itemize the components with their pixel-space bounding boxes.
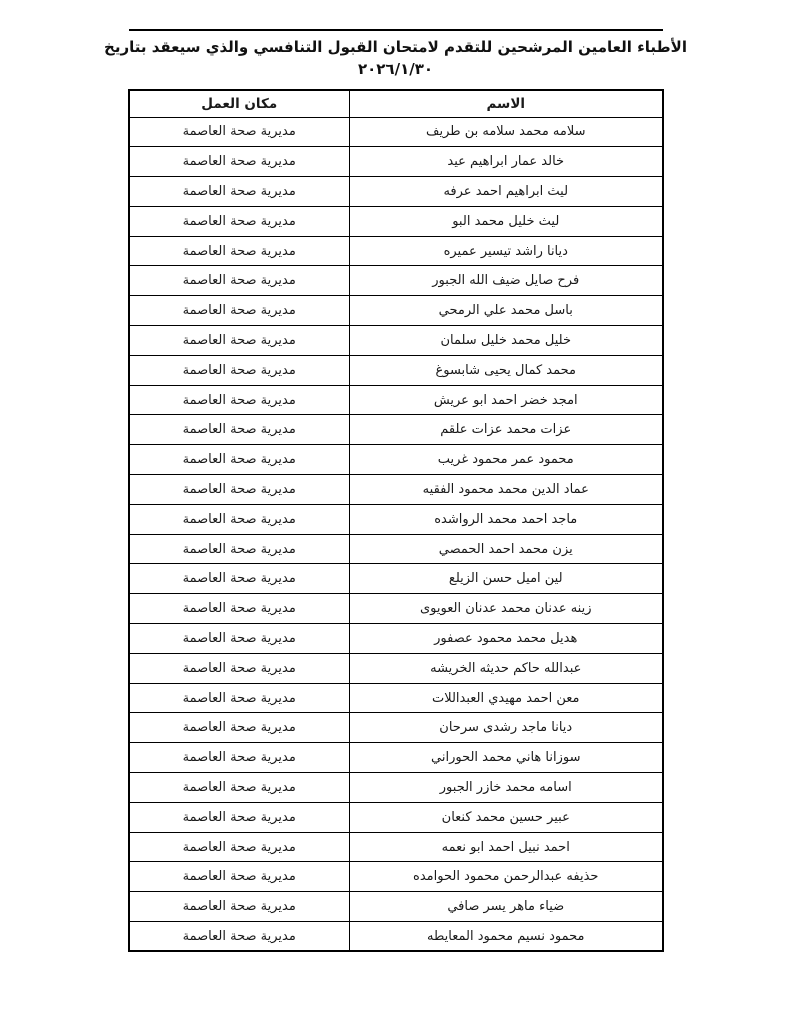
workplace-cell: مديرية صحة العاصمة: [129, 534, 350, 564]
table-row: اسامه محمد خازر الجبورمديرية صحة العاصمة: [129, 773, 663, 803]
table-row: ديانا راشد تيسير عميرهمديرية صحة العاصمة: [129, 236, 663, 266]
candidate-name: يزن محمد احمد الحمصي: [350, 534, 663, 564]
candidate-name: ماجد احمد محمد الرواشده: [350, 504, 663, 534]
table-row: امجد خضر احمد ابو عريشمديرية صحة العاصمة: [129, 385, 663, 415]
candidate-name: باسل محمد علي الرمحي: [350, 296, 663, 326]
table-row: ليث خليل محمد البومديرية صحة العاصمة: [129, 206, 663, 236]
candidate-name: امجد خضر احمد ابو عريش: [350, 385, 663, 415]
candidate-name: عبير حسين محمد كنعان: [350, 802, 663, 832]
candidate-name: ديانا ماجد رشدى سرحان: [350, 713, 663, 743]
candidate-name: اسامه محمد خازر الجبور: [350, 773, 663, 803]
table-row: لين اميل حسن الزيلعمديرية صحة العاصمة: [129, 564, 663, 594]
candidate-name: فرح صايل ضيف الله الجبور: [350, 266, 663, 296]
workplace-cell: مديرية صحة العاصمة: [129, 296, 350, 326]
table-row: ماجد احمد محمد الرواشدهمديرية صحة العاصم…: [129, 504, 663, 534]
workplace-cell: مديرية صحة العاصمة: [129, 355, 350, 385]
workplace-cell: مديرية صحة العاصمة: [129, 564, 350, 594]
workplace-cell: مديرية صحة العاصمة: [129, 892, 350, 922]
workplace-cell: مديرية صحة العاصمة: [129, 385, 350, 415]
table-row: عبير حسين محمد كنعانمديرية صحة العاصمة: [129, 802, 663, 832]
workplace-cell: مديرية صحة العاصمة: [129, 624, 350, 654]
workplace-cell: مديرية صحة العاصمة: [129, 117, 350, 147]
candidate-name: عماد الدين محمد محمود الفقيه: [350, 475, 663, 505]
header-row: الاسم مكان العمل: [129, 90, 663, 117]
candidate-name: زينه عدنان محمد عدنان العويوى: [350, 594, 663, 624]
table-row: احمد نبيل احمد ابو نعمهمديرية صحة العاصم…: [129, 832, 663, 862]
document-title: الأطباء العامين المرشحين للتقدم لامتحان …: [86, 36, 706, 80]
candidate-name: ليث خليل محمد البو: [350, 206, 663, 236]
candidate-name: ليث ابراهيم احمد عرفه: [350, 177, 663, 207]
workplace-cell: مديرية صحة العاصمة: [129, 713, 350, 743]
workplace-cell: مديرية صحة العاصمة: [129, 922, 350, 952]
workplace-cell: مديرية صحة العاصمة: [129, 236, 350, 266]
table-row: عزات محمد عزات علقممديرية صحة العاصمة: [129, 415, 663, 445]
candidate-name: محمود عمر محمود غريب: [350, 445, 663, 475]
table-row: عماد الدين محمد محمود الفقيهمديرية صحة ا…: [129, 475, 663, 505]
table-row: حذيفه عبدالرحمن محمود الحوامدهمديرية صحة…: [129, 862, 663, 892]
table-row: محمد كمال يحيى شابسوغمديرية صحة العاصمة: [129, 355, 663, 385]
candidate-name: ديانا راشد تيسير عميره: [350, 236, 663, 266]
column-header-workplace: مكان العمل: [129, 90, 350, 117]
candidate-name: لين اميل حسن الزيلع: [350, 564, 663, 594]
candidate-name: معن احمد مهيدي العبداللات: [350, 683, 663, 713]
table-row: باسل محمد علي الرمحيمديرية صحة العاصمة: [129, 296, 663, 326]
table-row: خالد عمار ابراهيم عيدمديرية صحة العاصمة: [129, 147, 663, 177]
candidate-name: سلامه محمد سلامه بن طريف: [350, 117, 663, 147]
workplace-cell: مديرية صحة العاصمة: [129, 475, 350, 505]
workplace-cell: مديرية صحة العاصمة: [129, 504, 350, 534]
candidate-name: سوزانا هاني محمد الحوراني: [350, 743, 663, 773]
table-row: سلامه محمد سلامه بن طريفمديرية صحة العاص…: [129, 117, 663, 147]
workplace-cell: مديرية صحة العاصمة: [129, 594, 350, 624]
table-row: فرح صايل ضيف الله الجبورمديرية صحة العاص…: [129, 266, 663, 296]
table-body: سلامه محمد سلامه بن طريفمديرية صحة العاص…: [129, 117, 663, 951]
title-text: الأطباء العامين المرشحين للتقدم لامتحان …: [86, 36, 706, 58]
workplace-cell: مديرية صحة العاصمة: [129, 326, 350, 356]
workplace-cell: مديرية صحة العاصمة: [129, 802, 350, 832]
workplace-cell: مديرية صحة العاصمة: [129, 445, 350, 475]
table-row: ضياء ماهر يسر صافيمديرية صحة العاصمة: [129, 892, 663, 922]
workplace-cell: مديرية صحة العاصمة: [129, 177, 350, 207]
table-row: يزن محمد احمد الحمصيمديرية صحة العاصمة: [129, 534, 663, 564]
exam-date: ٢٠٢٦/١/٣٠: [86, 58, 706, 80]
candidates-table: الاسم مكان العمل سلامه محمد سلامه بن طري…: [128, 89, 664, 952]
table-row: محمود نسيم محمود المعايطهمديرية صحة العا…: [129, 922, 663, 952]
table-row: محمود عمر محمود غريبمديرية صحة العاصمة: [129, 445, 663, 475]
candidate-name: محمد كمال يحيى شابسوغ: [350, 355, 663, 385]
document-page: الأطباء العامين المرشحين للتقدم لامتحان …: [0, 0, 791, 1024]
candidate-name: عزات محمد عزات علقم: [350, 415, 663, 445]
column-header-name: الاسم: [350, 90, 663, 117]
candidate-name: عبدالله حاكم حديثه الخريشه: [350, 653, 663, 683]
table-row: هديل محمد محمود عصفورمديرية صحة العاصمة: [129, 624, 663, 654]
title-separator-line: [129, 29, 663, 31]
table-row: ليث ابراهيم احمد عرفهمديرية صحة العاصمة: [129, 177, 663, 207]
workplace-cell: مديرية صحة العاصمة: [129, 147, 350, 177]
candidate-name: ضياء ماهر يسر صافي: [350, 892, 663, 922]
table-row: عبدالله حاكم حديثه الخريشهمديرية صحة الع…: [129, 653, 663, 683]
table-row: سوزانا هاني محمد الحورانيمديرية صحة العا…: [129, 743, 663, 773]
workplace-cell: مديرية صحة العاصمة: [129, 773, 350, 803]
candidate-name: حذيفه عبدالرحمن محمود الحوامده: [350, 862, 663, 892]
table-row: ديانا ماجد رشدى سرحانمديرية صحة العاصمة: [129, 713, 663, 743]
workplace-cell: مديرية صحة العاصمة: [129, 743, 350, 773]
candidate-name: هديل محمد محمود عصفور: [350, 624, 663, 654]
table-row: خليل محمد خليل سلمانمديرية صحة العاصمة: [129, 326, 663, 356]
workplace-cell: مديرية صحة العاصمة: [129, 415, 350, 445]
candidate-name: خليل محمد خليل سلمان: [350, 326, 663, 356]
candidate-name: احمد نبيل احمد ابو نعمه: [350, 832, 663, 862]
workplace-cell: مديرية صحة العاصمة: [129, 832, 350, 862]
workplace-cell: مديرية صحة العاصمة: [129, 653, 350, 683]
candidate-name: خالد عمار ابراهيم عيد: [350, 147, 663, 177]
workplace-cell: مديرية صحة العاصمة: [129, 206, 350, 236]
workplace-cell: مديرية صحة العاصمة: [129, 266, 350, 296]
table-row: زينه عدنان محمد عدنان العويوىمديرية صحة …: [129, 594, 663, 624]
workplace-cell: مديرية صحة العاصمة: [129, 862, 350, 892]
workplace-cell: مديرية صحة العاصمة: [129, 683, 350, 713]
candidate-name: محمود نسيم محمود المعايطه: [350, 922, 663, 952]
table-row: معن احمد مهيدي العبداللاتمديرية صحة العا…: [129, 683, 663, 713]
